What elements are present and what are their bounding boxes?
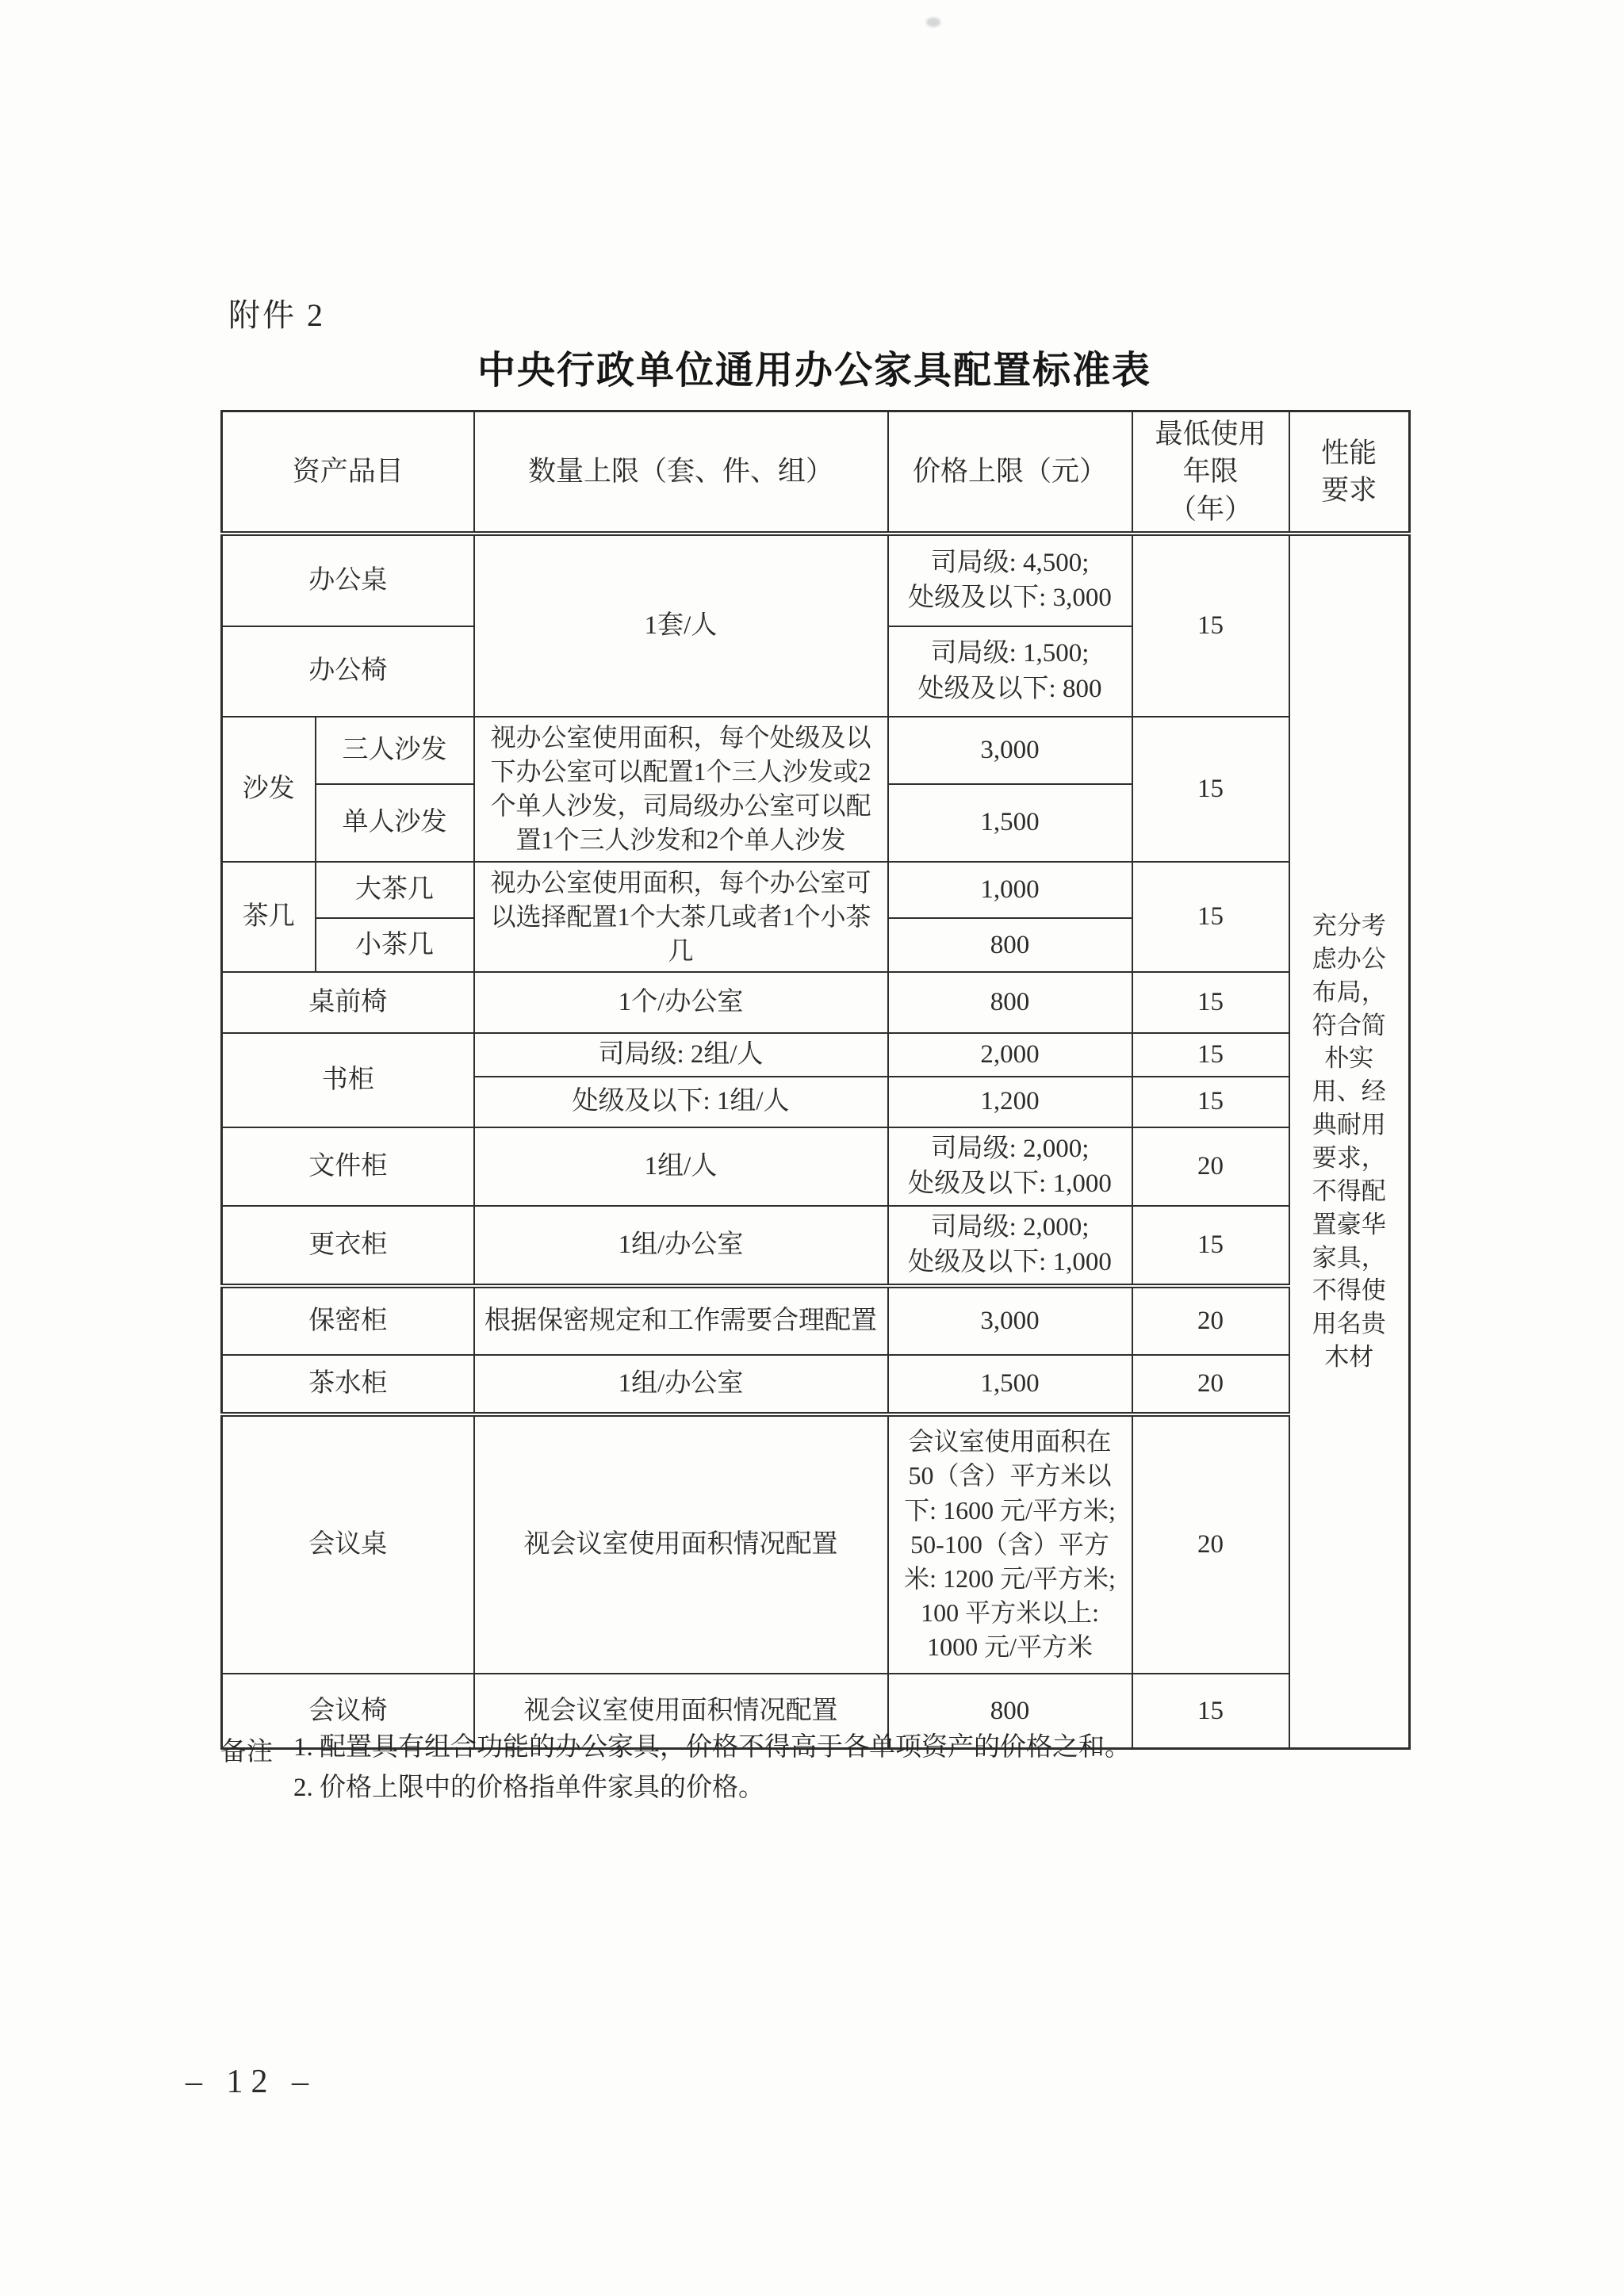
header-row: 资产品目 数量上限（套、件、组） 价格上限（元） 最低使用 年限 （年） 性能 … [222, 411, 1410, 534]
front-chair-item-cell: 桌前椅 [222, 972, 474, 1033]
row-security-cabinet: 保密柜 根据保密规定和工作需要合理配置 3,000 20 [222, 1286, 1410, 1355]
desk-price-cell: 司局级: 4,500; 处级及以下: 3,000 [888, 534, 1132, 626]
tea-table-quantity-cell: 视办公室使用面积，每个办公室可以选择配置1个大茶几或者1个小茶几 [474, 862, 888, 973]
wardrobe-price-cell: 司局级: 2,000; 处级及以下: 1,000 [888, 1206, 1132, 1286]
col-header-asset: 资产品目 [222, 411, 474, 534]
row-front-chair: 桌前椅 1个/办公室 800 15 [222, 972, 1410, 1033]
attachment-label: 附件 2 [228, 290, 325, 335]
sofa-group-cell: 沙发 [222, 717, 316, 862]
wardrobe-life-cell: 15 [1132, 1206, 1289, 1286]
tea-table-small-item-cell: 小茶几 [316, 918, 474, 972]
row-file-cabinet: 文件柜 1组/人 司局级: 2,000; 处级及以下: 1,000 20 [222, 1127, 1410, 1206]
notes-lines: 1. 配置具有组合功能的办公家具，价格不得高于各单项资产的价格之和。 2. 价格… [293, 1731, 1131, 1812]
chair-price-cell: 司局级: 1,500; 处级及以下: 800 [888, 626, 1132, 717]
bookcase-division-life-cell: 15 [1132, 1077, 1289, 1127]
wardrobe-item-cell: 更衣柜 [222, 1206, 474, 1286]
notes: 备注 1. 配置具有组合功能的办公家具，价格不得高于各单项资产的价格之和。 2.… [220, 1731, 1283, 1812]
document-page: 附件 2 中央行政单位通用办公家具配置标准表 资产品目 数量上限（套、件、组） … [0, 0, 1624, 2296]
row-desk: 办公桌 1套/人 司局级: 4,500; 处级及以下: 3,000 15 充分考… [222, 534, 1410, 626]
file-cabinet-price-cell: 司局级: 2,000; 处级及以下: 1,000 [888, 1127, 1132, 1206]
col-header-price: 价格上限（元） [888, 411, 1132, 534]
security-cabinet-price-cell: 3,000 [888, 1286, 1132, 1355]
bookcase-bureau-life-cell: 15 [1132, 1033, 1289, 1077]
tea-table-life-cell: 15 [1132, 862, 1289, 973]
sofa-single-price-cell: 1,500 [888, 784, 1132, 861]
row-conference-table: 会议桌 视会议室使用面积情况配置 会议室使用面积在50（含）平方米以下: 160… [222, 1414, 1410, 1674]
note-line-2: 2. 价格上限中的价格指单件家具的价格。 [293, 1771, 1131, 1804]
conference-table-price-cell: 会议室使用面积在50（含）平方米以下: 1600 元/平方米; 50-100（含… [888, 1414, 1132, 1674]
scan-artifact [926, 17, 940, 27]
tea-table-big-item-cell: 大茶几 [316, 862, 474, 919]
bookcase-bureau-price-cell: 2,000 [888, 1033, 1132, 1077]
front-chair-life-cell: 15 [1132, 972, 1289, 1033]
sofa-single-item-cell: 单人沙发 [316, 784, 474, 861]
tea-cabinet-item-cell: 茶水柜 [222, 1355, 474, 1414]
tea-table-group-cell: 茶几 [222, 862, 316, 973]
file-cabinet-life-cell: 20 [1132, 1127, 1289, 1206]
row-tea-cabinet: 茶水柜 1组/办公室 1,500 20 [222, 1355, 1410, 1414]
security-cabinet-life-cell: 20 [1132, 1286, 1289, 1355]
bookcase-bureau-quantity-cell: 司局级: 2组/人 [474, 1033, 888, 1077]
sofa-three-price-cell: 3,000 [888, 717, 1132, 784]
desk-chair-quantity-cell: 1套/人 [474, 534, 888, 717]
sofa-three-item-cell: 三人沙发 [316, 717, 474, 784]
tea-table-small-price-cell: 800 [888, 918, 1132, 972]
chair-item-cell: 办公椅 [222, 626, 474, 717]
bookcase-division-price-cell: 1,200 [888, 1077, 1132, 1127]
wardrobe-quantity-cell: 1组/办公室 [474, 1206, 888, 1286]
file-cabinet-quantity-cell: 1组/人 [474, 1127, 888, 1206]
security-cabinet-quantity-cell: 根据保密规定和工作需要合理配置 [474, 1286, 888, 1355]
front-chair-price-cell: 800 [888, 972, 1132, 1033]
page-number: – 12 – [186, 2063, 316, 2101]
tea-cabinet-life-cell: 20 [1132, 1355, 1289, 1414]
bookcase-division-quantity-cell: 处级及以下: 1组/人 [474, 1077, 888, 1127]
row-bookcase-bureau: 书柜 司局级: 2组/人 2,000 15 [222, 1033, 1410, 1077]
conference-table-item-cell: 会议桌 [222, 1414, 474, 1674]
tea-cabinet-price-cell: 1,500 [888, 1355, 1132, 1414]
tea-table-big-price-cell: 1,000 [888, 862, 1132, 919]
performance-note-cell: 充分考 虑办公 布局， 符合简 朴实 用、经 典耐用 要求， 不得配 置豪华 家… [1289, 534, 1410, 1749]
sofa-quantity-cell: 视办公室使用面积，每个处级及以下办公室可以配置1个三人沙发或2个单人沙发，司局级… [474, 717, 888, 862]
notes-label: 备注 [220, 1731, 273, 1812]
note-line-1: 1. 配置具有组合功能的办公家具，价格不得高于各单项资产的价格之和。 [293, 1731, 1131, 1764]
furniture-standard-table: 资产品目 数量上限（套、件、组） 价格上限（元） 最低使用 年限 （年） 性能 … [220, 410, 1411, 1750]
row-tea-table-big: 茶几 大茶几 视办公室使用面积，每个办公室可以选择配置1个大茶几或者1个小茶几 … [222, 862, 1410, 919]
desk-chair-life-cell: 15 [1132, 534, 1289, 717]
row-wardrobe: 更衣柜 1组/办公室 司局级: 2,000; 处级及以下: 1,000 15 [222, 1206, 1410, 1286]
conference-table-quantity-cell: 视会议室使用面积情况配置 [474, 1414, 888, 1674]
tea-cabinet-quantity-cell: 1组/办公室 [474, 1355, 888, 1414]
row-sofa-three: 沙发 三人沙发 视办公室使用面积，每个处级及以下办公室可以配置1个三人沙发或2个… [222, 717, 1410, 784]
page-title: 中央行政单位通用办公家具配置标准表 [220, 339, 1408, 394]
bookcase-item-cell: 书柜 [222, 1033, 474, 1127]
conference-table-life-cell: 20 [1132, 1414, 1289, 1674]
sofa-life-cell: 15 [1132, 717, 1289, 862]
file-cabinet-item-cell: 文件柜 [222, 1127, 474, 1206]
security-cabinet-item-cell: 保密柜 [222, 1286, 474, 1355]
desk-item-cell: 办公桌 [222, 534, 474, 626]
col-header-quantity: 数量上限（套、件、组） [474, 411, 888, 534]
front-chair-quantity-cell: 1个/办公室 [474, 972, 888, 1033]
col-header-performance: 性能 要求 [1289, 411, 1410, 534]
col-header-life: 最低使用 年限 （年） [1132, 411, 1289, 534]
